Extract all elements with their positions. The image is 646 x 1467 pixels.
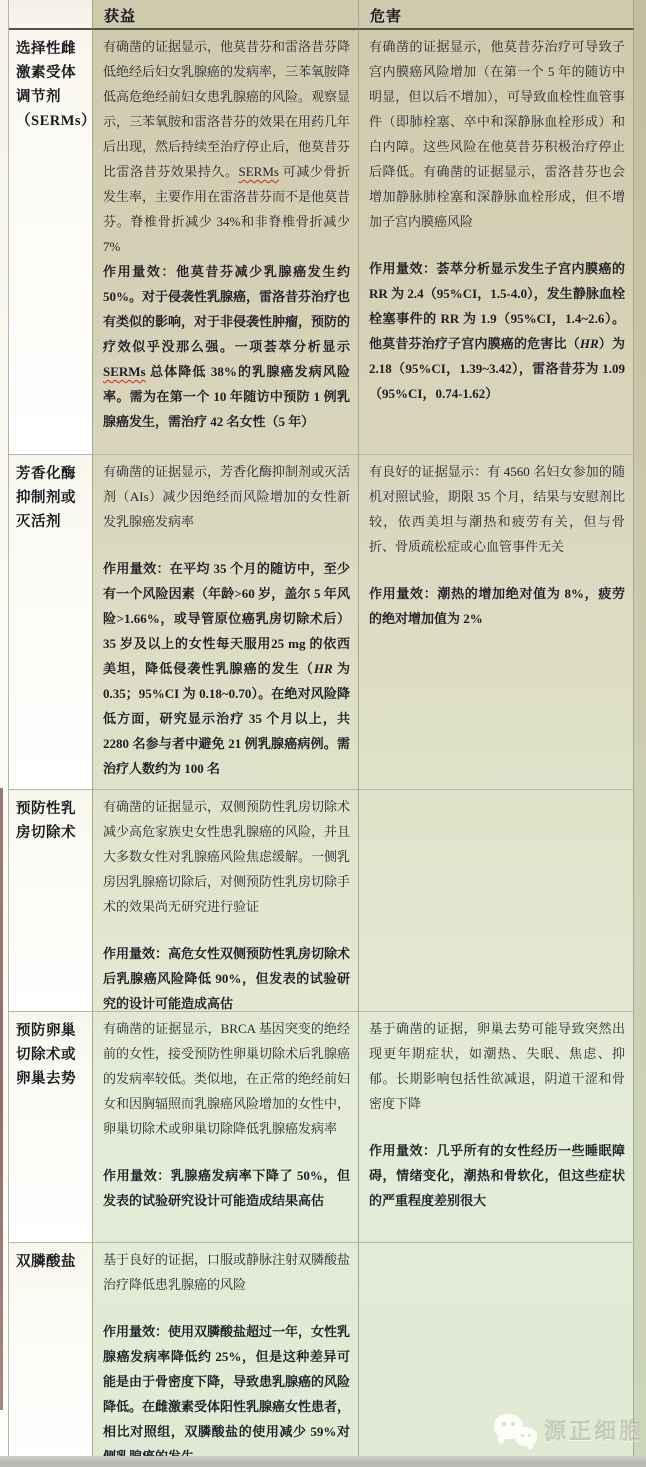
- row-header-cell: 芳香化酶抑制剂或灭活剂: [9, 455, 93, 790]
- benefit-cell: 有确凿的证据显示，芳香化酶抑制剂或灭活剂（AIs）减少因绝经而风险增加的女性新发…: [93, 455, 359, 790]
- benefit-cell: 有确凿的证据显示，双侧预防性乳房切除术减少高危家族史女性患乳腺癌的风险，并且大多…: [93, 790, 359, 1012]
- watermark: 源正细胞: [490, 1406, 642, 1454]
- paragraph: 基于确凿的证据，卵巢去势可能导致突然出现更年期症状，如潮热、失眠、焦虑、抑郁。长…: [369, 1016, 625, 1116]
- column-header-harm: 危害: [359, 0, 634, 30]
- row-header-cell: 预防性乳房切除术: [9, 790, 93, 1012]
- paragraph: 作用量效：几乎所有的女性经历一些睡眠障碍，情绪变化，潮热和骨软化，但这些症状的严…: [369, 1138, 625, 1213]
- paragraph: 有确凿的证据显示，芳香化酶抑制剂或灭活剂（AIs）减少因绝经而风险增加的女性新发…: [103, 459, 350, 534]
- comparison-table: 获益 危害 选择性雌激素受体调节剂（SERMs）有确凿的证据显示，他莫昔芬和雷洛…: [8, 0, 634, 1467]
- paragraph: 作用量效：乳腺癌发病率下降了 50%，但发表的试验研究设计可能造成结果高估: [103, 1163, 350, 1213]
- paragraph: 基于良好的证据，口服或静脉注射双膦酸盐治疗降低患乳腺癌的风险: [103, 1247, 350, 1297]
- row-header-cell: 双膦酸盐: [9, 1243, 93, 1467]
- row-header-cell: 选择性雌激素受体调节剂（SERMs）: [9, 30, 93, 455]
- paragraph: 有确凿的证据显示，他莫昔芬和雷洛昔芬降低绝经后妇女乳腺癌的发病率，三苯氧胺降低高…: [103, 34, 350, 259]
- harm-cell: 有确凿的证据显示，他莫昔芬治疗可导致子宫内膜癌风险增加（在第一个 5 年的随访中…: [359, 30, 634, 455]
- paragraph: 有确凿的证据显示，双侧预防性乳房切除术减少高危家族史女性患乳腺癌的风险，并且大多…: [103, 794, 350, 919]
- paragraph: 作用量效：在平均 35 个月的随访中，至少有一个风险因素（年龄>60 岁，盖尔 …: [103, 556, 350, 781]
- harm-cell: 有良好的证据显示：有 4560 名妇女参加的随机对照试验，期限 35 个月，结果…: [359, 455, 634, 790]
- wechat-icon: [490, 1410, 538, 1450]
- benefit-cell: 基于良好的证据，口服或静脉注射双膦酸盐治疗降低患乳腺癌的风险作用量效：使用双膦酸…: [93, 1243, 359, 1467]
- row-header-cell: 预防卵巢切除术或卵巢去势: [9, 1012, 93, 1243]
- benefit-cell: 有确凿的证据显示，他莫昔芬和雷洛昔芬降低绝经后妇女乳腺癌的发病率，三苯氧胺降低高…: [93, 30, 359, 455]
- harm-cell: [359, 790, 634, 1012]
- watermark-label: 源正细胞: [544, 1415, 644, 1446]
- paragraph: 有良好的证据显示：有 4560 名妇女参加的随机对照试验，期限 35 个月，结果…: [369, 459, 625, 559]
- harm-cell: 基于确凿的证据，卵巢去势可能导致突然出现更年期症状，如潮热、失眠、焦虑、抑郁。长…: [359, 1012, 634, 1243]
- benefit-cell: 有确凿的证据显示，BRCA 基因突变的绝经前的女性，接受预防性卵巢切除术后乳腺癌…: [93, 1012, 359, 1243]
- paragraph: 有确凿的证据显示，他莫昔芬治疗可导致子宫内膜癌风险增加（在第一个 5 年的随访中…: [369, 34, 625, 234]
- photo-bottom-bar: [0, 1456, 646, 1467]
- column-header-benefit: 获益: [93, 0, 359, 30]
- paragraph: 作用量效：他莫昔芬减少乳腺癌发生约 50%。对于侵袭性乳腺癌，雷洛昔芬治疗也有类…: [103, 259, 350, 434]
- paragraph: 有确凿的证据显示，BRCA 基因突变的绝经前的女性，接受预防性卵巢切除术后乳腺癌…: [103, 1016, 350, 1141]
- photo-edge-artifact: [0, 788, 3, 1410]
- document-page: 获益 危害 选择性雌激素受体调节剂（SERMs）有确凿的证据显示，他莫昔芬和雷洛…: [0, 0, 646, 1467]
- paragraph: 作用量效：使用双膦酸盐超过一年，女性乳腺癌发病率降低约 25%，但是这种差异可能…: [103, 1319, 350, 1467]
- paragraph: 作用量效：高危女性双侧预防性乳房切除术后乳腺癌风险降低 90%，但发表的试验研究…: [103, 941, 350, 1012]
- table-corner-cell: [9, 0, 93, 30]
- page-right-edge: [633, 0, 646, 1467]
- paragraph: 作用量效：荟萃分析显示发生子宫内膜癌的 RR 为 2.4（95%CI，1.5-4…: [369, 256, 625, 406]
- paragraph: 作用量效：潮热的增加绝对值为 8%，疲劳的绝对增加值为 2%: [369, 581, 625, 631]
